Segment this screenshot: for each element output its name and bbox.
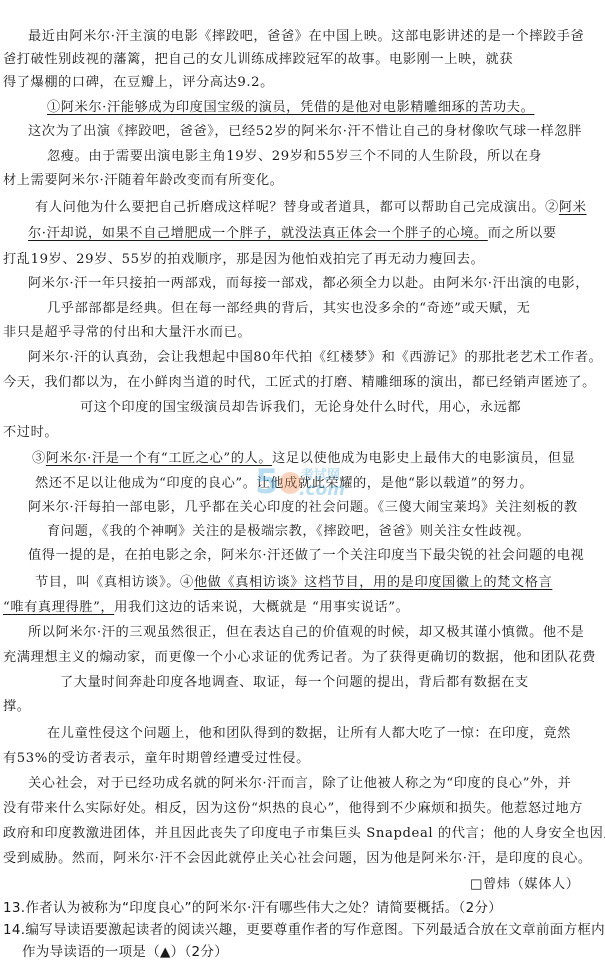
article-line-6: 忽瘦。由于需要出演电影主角19岁、29岁和55岁三个不同的人生阶段，所以在身 xyxy=(47,148,542,166)
article-line-11: 阿米尔·汗一年只接拍一两部戏，而每接一部戏，都必须全力以赴。由阿米尔·汗出演的电… xyxy=(28,275,589,293)
question-14-cont: 作为导读语的一项是（▲）（2分） xyxy=(22,943,228,961)
text-segment: 而之所以要 xyxy=(488,226,557,241)
question-13: 13.作者认为被称为“印度良心”的阿米尔·汗有哪些伟大之处？请简要概括。（2分） xyxy=(3,899,502,917)
text-segment: 用我们这边的话来说，大概就是 “用事实说话”。 xyxy=(114,600,409,615)
article-line-31: 关心社会，对于已经功成名就的阿米尔·汗而言，除了让他被人称之为“印度的良心”外，… xyxy=(28,775,571,793)
article-line-26: 充满理想主义的煽动家，而更像一个小心求证的优秀记者。为了获得更确切的数据，他和团… xyxy=(3,649,596,667)
article-line-25: 所以阿米尔·汗的三观虽然很正，但在表达自己的价值观的时候，却又极其谨小慎微。他不… xyxy=(28,624,584,642)
article-line-3: 得了爆棚的口碑，在豆瓣上，评分高达9.2。 xyxy=(3,74,274,92)
article-line-17: 不过时。 xyxy=(3,424,58,442)
article-line-23: 节目，叫《真相访谈》。④他做《真相访谈》这档节目，用的是印度国徽上的梵文格言 xyxy=(35,574,552,592)
article-line-16: 可这个印度的国宝级演员却告诉我们，无论身处什么时代，用心，永远都 xyxy=(80,399,521,417)
text-segment: 节目，叫《真相访谈》。④ xyxy=(35,575,194,590)
article-line-18: ③阿米尔·汗是一个有“工匠之心”的人。这足以使他成为电影史上最伟大的电影演员，但… xyxy=(32,450,575,468)
underlined-sentence-2-end: 尔·汗却说，如果不自己增肥成一个胖子，就没法真正体会一个胖子的心境。 xyxy=(28,226,488,241)
article-line-27: 了大量时间奔赴印度各地调查、取证，每一个问题的提出，背后都有数据在支 xyxy=(60,674,529,692)
article-line-22: 值得一提的是，在拍电影之余，阿米尔·汗还做了一个关注印度当下最尖锐的社会问题的电… xyxy=(28,547,584,565)
article-line-13: 非只是超乎寻常的付出和大量汗水而已。 xyxy=(3,324,251,342)
underlined-sentence-3: 阿米尔·汗是一个有“工匠之心”的人。 xyxy=(46,451,272,466)
article-line-5: 这次为了出演《摔跤吧，爸爸》，已经52岁的阿米尔·汗不惜让自己的身材像吹气球一样… xyxy=(28,123,582,141)
article-line-24: “唯有真理得胜”，用我们这边的话来说，大概就是 “用事实说话”。 xyxy=(3,599,409,617)
article-line-1: 最近由阿米尔·汗主演的电影《摔跤吧，爸爸》在中国上映。这部电影讲述的是一个摔跤手… xyxy=(28,28,584,46)
text-segment: 有人问他为什么要把自己折磨成这样呢？替身或者道具，都可以帮助自己完成演出。② xyxy=(35,200,559,215)
article-line-7: 材上需要阿米尔·汗随着年龄改变而有所变化。 xyxy=(3,172,284,190)
article-line-2: 爸打破性别歧视的藩篱，把自己的女儿训练成摔跤冠军的故事。电影刚一上映，就获 xyxy=(3,51,513,69)
article-line-20: 阿米尔·汗每拍一部电影，几乎都在关心印度的社会问题。《三傻大闹宝莱坞》关注刻板的… xyxy=(28,499,578,517)
article-line-28: 撑。 xyxy=(3,698,31,716)
article-line-8: 有人问他为什么要把自己折磨成这样呢？替身或者道具，都可以帮助自己完成演出。②阿米 xyxy=(35,199,587,217)
underlined-sentence-1: ①阿米尔·汗能够成为印度国宝级的演员，凭借的是他对电影精雕细琢的苦功夫。 xyxy=(47,99,534,117)
underlined-sentence-4-start: 他做《真相访谈》这档节目，用的是印度国徽上的梵文格言 xyxy=(194,575,552,590)
article-line-21: 育问题，《我的个神啊》关注的是极端宗教，《摔跤吧，爸爸》则关注女性歧视。 xyxy=(47,523,530,541)
article-line-12: 几乎部部都是经典。但在每一部经典的背后，其实也没多余的“奇迹”或天赋，无 xyxy=(47,300,530,318)
circle-number-3: ③ xyxy=(32,451,46,466)
article-line-10: 打乱19岁、29岁、55岁的拍戏顺序，那是因为他怕戏拍完了再无动力瘦回去。 xyxy=(3,251,484,269)
article-line-30: 有53%的受访者表示，童年时期曾经遭受过性侵。 xyxy=(3,750,310,768)
article-line-19: 然还不足以让他成为“印度的良心”。让他成就此荣耀的，是他“影以载道”的努力。 xyxy=(35,475,533,493)
underlined-sentence-2-start: 阿米 xyxy=(559,200,587,215)
text-segment: 这足以使他成为电影史上最伟大的电影演员，但显 xyxy=(272,451,575,466)
article-line-15: 今天，我们都以为，在小鲜肉当道的时代，工匠式的打磨、精雕细琢的演出，都已经销声匿… xyxy=(3,374,596,392)
article-line-29: 在儿童性侵这个问题上，他和团队得到的数据，让所有人都大吃了一惊：在印度，竟然 xyxy=(47,725,571,743)
article-line-9: 尔·汗却说，如果不自己增肥成一个胖子，就没法真正体会一个胖子的心境。而之所以要 xyxy=(28,225,557,243)
article-line-14: 阿米尔·汗的认真劲，会让我想起中国80年代拍《红楼梦》和《西游记》的那批老艺术工… xyxy=(28,349,602,367)
article-line-32: 没有带来什么实际好处。相反，因为这份“炽热的良心”，他得到不少麻烦和损失。他惹怒… xyxy=(3,800,583,818)
underlined-sentence-4-end: “唯有真理得胜”， xyxy=(3,600,114,615)
byline: □曾炜（媒体人） xyxy=(470,876,580,894)
article-line-33: 政府和印度教激进团体，并且因此丧失了印度电子市集巨头 Snapdeal 的代言；… xyxy=(3,825,605,843)
article-line-34: 受到威胁。然而，阿米尔·汗不会因此就停止关心社会问题，因为他是阿米尔·汗，是印度… xyxy=(3,850,592,868)
question-14: 14.编写导读语要激起读者的阅读兴趣，更要尊重作者的写作意图。下列最适合放在文章… xyxy=(3,921,605,939)
